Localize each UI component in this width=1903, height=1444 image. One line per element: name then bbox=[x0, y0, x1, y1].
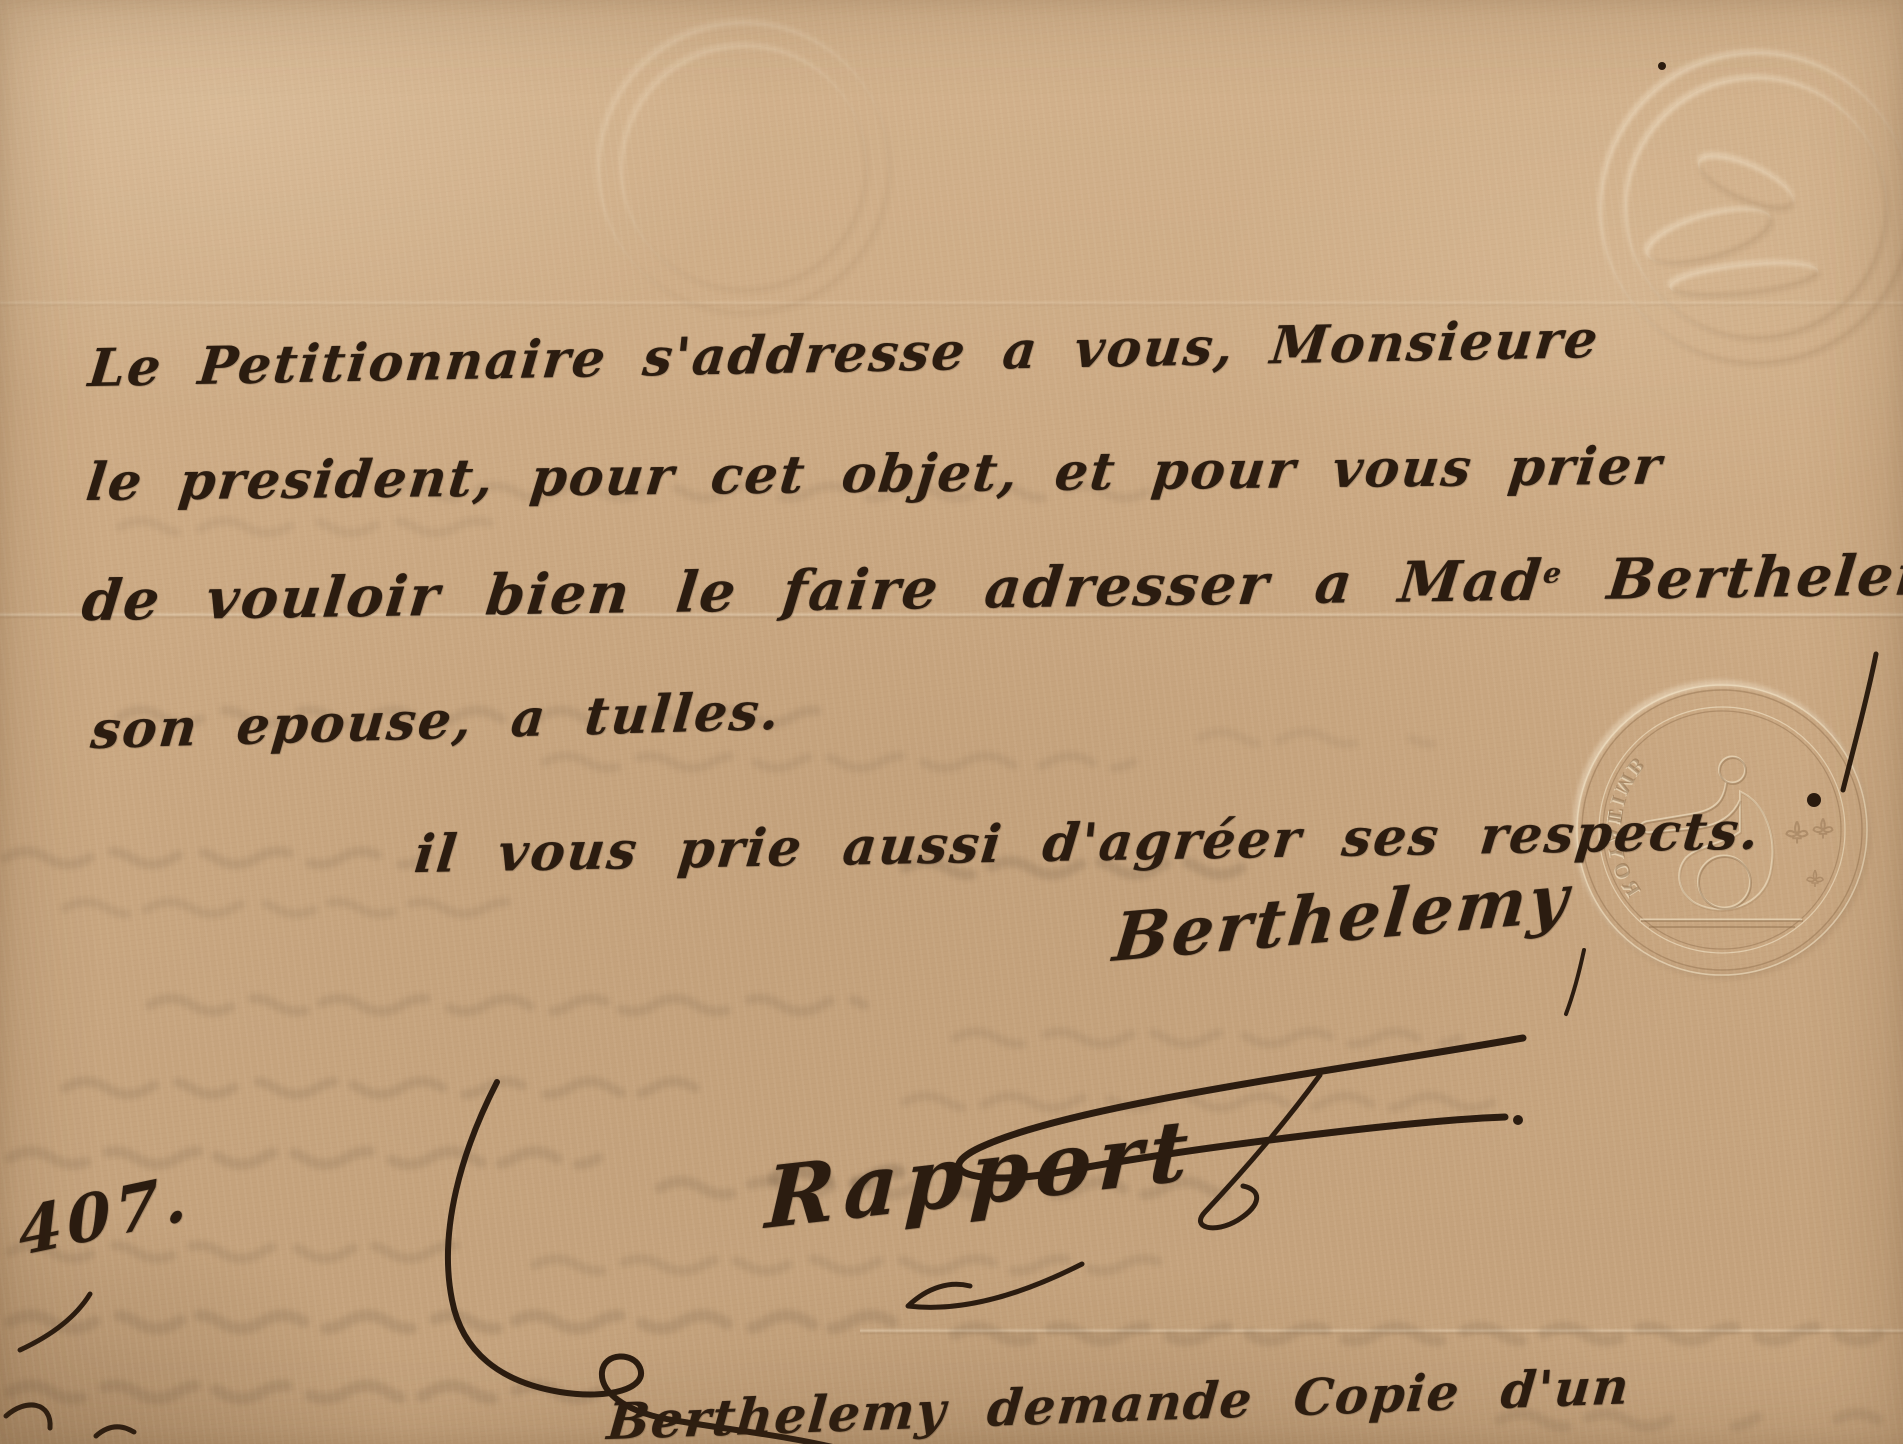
letter-line-4: son epouse, a tulles. bbox=[88, 681, 783, 761]
letter-line-3-text: de vouloir bien le faire adresser a Mad bbox=[79, 548, 1546, 634]
embossed-seal-inner-ring bbox=[621, 45, 866, 290]
bottom-partial-line: Berthelemy demande Copie d'un bbox=[605, 1356, 1633, 1444]
fleur-de-lis-icon bbox=[1814, 819, 1833, 839]
fleur-de-lis-icon bbox=[1807, 870, 1823, 887]
letter-line-3-name: Berthelemy, bbox=[1559, 541, 1903, 613]
letter-line-1: Le Petitionnaire s'addresse a vous, Mons… bbox=[86, 309, 1603, 399]
letter-line-3: de vouloir bien le faire adresser a Made… bbox=[79, 541, 1903, 634]
signature-berthelemy: Berthelemy bbox=[1110, 858, 1575, 977]
paper-crease bbox=[0, 300, 1903, 307]
embossed-seal-top-right bbox=[1600, 52, 1903, 364]
rapport-underline-swash bbox=[908, 1264, 1082, 1307]
margin-number-tail bbox=[20, 1294, 90, 1350]
letter-line-2: le president, pour cet objet, et pour vo… bbox=[83, 435, 1666, 513]
margin-number: 407. bbox=[16, 1159, 193, 1271]
manuscript-document-page: ROYAL TIMBRE ROYAL TIMBRE bbox=[0, 0, 1903, 1444]
embossed-seal-top-center bbox=[598, 22, 890, 314]
report-heading: Rapport bbox=[764, 1099, 1197, 1248]
fleur-de-lis-icon bbox=[1787, 821, 1808, 843]
paper-crease bbox=[860, 1328, 1903, 1335]
